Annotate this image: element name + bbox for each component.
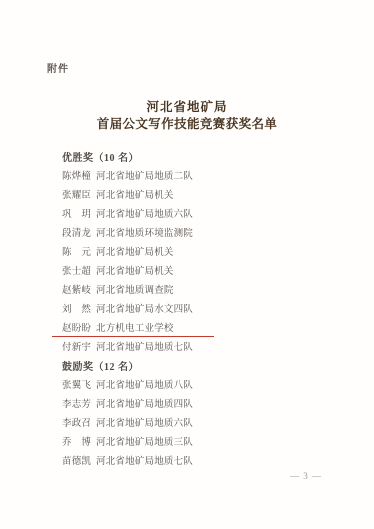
awardee-row: 李志芳河北省地矿局地质四队 <box>62 396 352 415</box>
document-page: 附件 河北省地矿局 首届公文写作技能竞赛获奖名单 优胜奖（10 名）陈烨橦河北省… <box>0 0 374 529</box>
awardee-name: 张翼飞 <box>62 377 91 396</box>
awardee-unit: 河北省地质调查院 <box>96 286 174 296</box>
awardee-row: 段清龙河北省地质环境监测院 <box>62 225 352 244</box>
awardee-name: 李政召 <box>62 415 91 434</box>
awardee-name: 巩 玥 <box>62 206 91 225</box>
awardee-unit: 北方机电工业学校 <box>96 324 174 334</box>
awardee-unit: 河北省地矿局机关 <box>96 248 174 258</box>
awardee-unit: 河北省地矿局地质六队 <box>96 210 193 220</box>
awardee-unit: 河北省地质环境监测院 <box>96 229 193 239</box>
awardee-row: 付新宇河北省地矿局地质七队 <box>62 339 352 358</box>
awardee-row: 陈烨橦河北省地矿局地质二队 <box>62 168 352 187</box>
awardee-name: 刘 然 <box>62 301 91 320</box>
awardee-name: 张耀臣 <box>62 187 91 206</box>
document-title: 河北省地矿局 首届公文写作技能竞赛获奖名单 <box>0 99 374 133</box>
awardee-unit: 河北省地矿局地质七队 <box>96 343 193 353</box>
section-header: 优胜奖（10 名） <box>62 149 352 168</box>
awardee-unit: 河北省地矿局地质四队 <box>96 400 193 410</box>
awardee-name: 陈 元 <box>62 244 91 263</box>
title-line-1: 河北省地矿局 <box>0 99 374 116</box>
awardee-name: 李志芳 <box>62 396 91 415</box>
awardee-unit: 河北省地矿局水文四队 <box>96 305 193 315</box>
awardee-unit: 河北省地矿局地质六队 <box>96 419 193 429</box>
page-number: — 3 — <box>290 471 322 481</box>
awardee-unit: 河北省地矿局机关 <box>96 191 174 201</box>
awardee-row-highlighted: 赵盼盼北方机电工业学校 <box>62 320 352 339</box>
awardee-row: 张士超河北省地矿局机关 <box>62 263 352 282</box>
awardee-unit: 河北省地矿局地质二队 <box>96 172 193 182</box>
awardee-unit: 河北省地矿局地质八队 <box>96 381 193 391</box>
awardee-row: 刘 然河北省地矿局水文四队 <box>62 301 352 320</box>
awardee-row: 乔 博河北省地矿局地质三队 <box>62 434 352 453</box>
section-header: 鼓励奖（12 名） <box>62 358 352 377</box>
awardee-row: 赵紫岐河北省地质调查院 <box>62 282 352 301</box>
awardee-row: 张翼飞河北省地矿局地质八队 <box>62 377 352 396</box>
awardee-name: 乔 博 <box>62 434 91 453</box>
awardee-row: 苗德凯河北省地矿局地质七队 <box>62 453 352 472</box>
attachment-label: 附件 <box>47 60 69 75</box>
awardee-name: 赵盼盼 <box>62 320 91 339</box>
award-list: 优胜奖（10 名）陈烨橦河北省地矿局地质二队张耀臣河北省地矿局机关巩 玥河北省地… <box>62 149 352 472</box>
awardee-row: 陈 元河北省地矿局机关 <box>62 244 352 263</box>
title-line-2: 首届公文写作技能竞赛获奖名单 <box>0 116 374 133</box>
awardee-name: 段清龙 <box>62 225 91 244</box>
awardee-row: 巩 玥河北省地矿局地质六队 <box>62 206 352 225</box>
awardee-unit: 河北省地矿局机关 <box>96 267 174 277</box>
awardee-unit: 河北省地矿局地质七队 <box>96 457 193 467</box>
awardee-name: 苗德凯 <box>62 453 91 472</box>
awardee-name: 陈烨橦 <box>62 168 91 187</box>
awardee-row: 张耀臣河北省地矿局机关 <box>62 187 352 206</box>
awardee-name: 张士超 <box>62 263 91 282</box>
awardee-name: 付新宇 <box>62 339 91 358</box>
awardee-row: 李政召河北省地矿局地质六队 <box>62 415 352 434</box>
awardee-name: 赵紫岐 <box>62 282 91 301</box>
awardee-unit: 河北省地矿局地质三队 <box>96 438 193 448</box>
